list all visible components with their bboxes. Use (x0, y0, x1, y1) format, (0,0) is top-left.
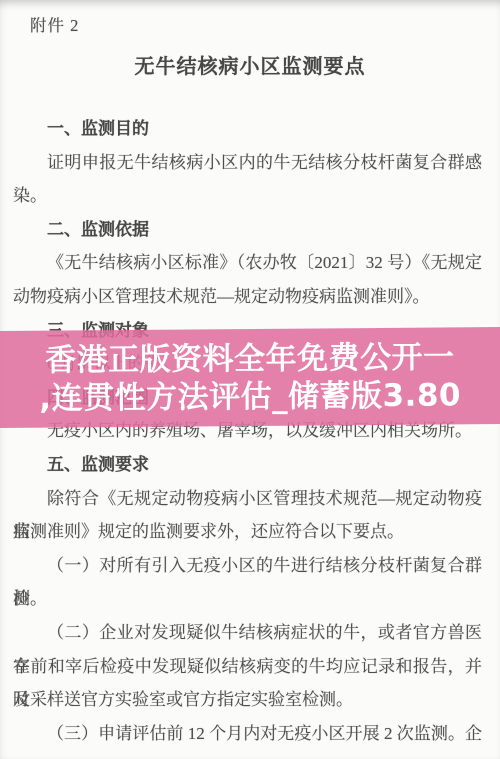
doc-line: 宰前和宰后检疫中发现疑似结核病变的牛均应记录和报告，并及 (13, 650, 482, 684)
doc-line: （二）企业对发现疑似牛结核病症状的牛，或者官方兽医在 (13, 616, 482, 650)
section-heading-monitoring-requirements: 五、监测要求 (13, 448, 482, 482)
ad-overlay-line2: ,连贯性方法评估_储蓄版3.80 (0, 375, 500, 417)
section-heading-monitoring-basis: 二、监测依据 (13, 213, 482, 247)
attachment-label: 附件 2 (30, 12, 79, 36)
doc-line: 除符合《无规定动物疫病小区管理技术规范—规定动物疫病 (13, 482, 482, 516)
doc-line: （三）申请评估前 12 个月内对无疫小区开展 2 次监测。企 (13, 717, 482, 751)
document-body: 一、监测目的 证明申报无牛结核病小区内的牛无结核分枝杆菌复合群感 染。 二、监测… (0, 112, 500, 750)
doc-line: 测。 (13, 582, 482, 616)
doc-line: （一）对所有引入无疫小区的牛进行结核分枝杆菌复合群检 (13, 549, 482, 583)
document-title: 无牛结核病小区监测要点 (0, 50, 500, 79)
doc-line: 动物疫病小区管理技术规范—规定动物疫病监测准则》。 (13, 280, 482, 314)
doc-line: 监测准则》规定的监测要求外，还应符合以下要点。 (13, 515, 482, 549)
ad-overlay-banner[interactable]: 香港正版资料全年免费公开一 ,连贯性方法评估_储蓄版3.80 (0, 327, 500, 428)
doc-line: 《无牛结核病小区标准》（农办牧〔2021〕32 号）《无规定 (13, 246, 482, 280)
ad-overlay-line1: 香港正版资料全年免费公开一 (0, 337, 500, 379)
doc-line: 染。 (13, 179, 482, 213)
doc-line: 证明申报无牛结核病小区内的牛无结核分枝杆菌复合群感 (13, 146, 482, 180)
section-heading-monitoring-purpose: 一、监测目的 (13, 112, 482, 146)
scanned-document-page: 附件 2 无牛结核病小区监测要点 一、监测目的 证明申报无牛结核病小区内的牛无结… (0, 0, 500, 759)
doc-line: 时采样送官方实验室或官方指定实验室检测。 (13, 683, 482, 717)
